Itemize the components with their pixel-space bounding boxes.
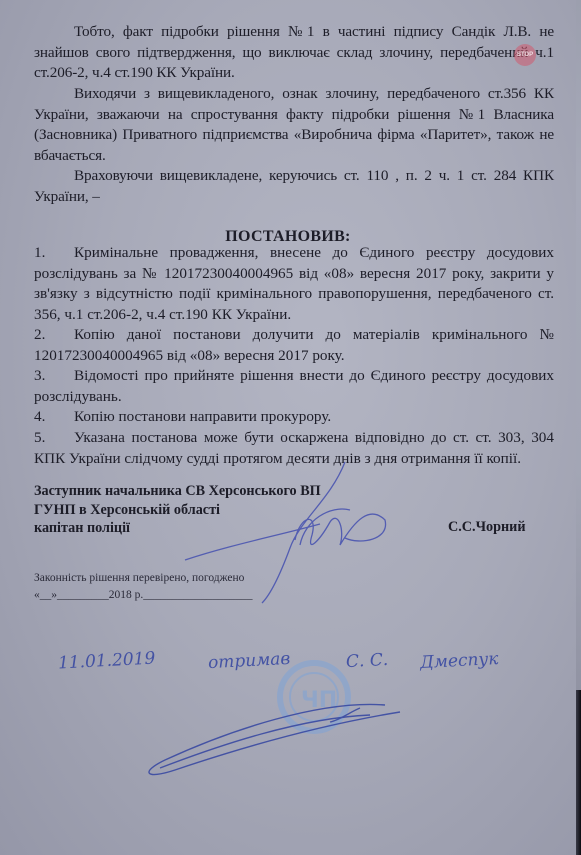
item-text: Копію даної постанови долучити до матері… (34, 326, 554, 364)
stop-watermark-logo: STOP (514, 44, 536, 66)
paragraph-2-text: Виходячи з вищевикладеного, ознак злочин… (34, 85, 554, 164)
signer-rank: капітан поліції (34, 519, 321, 538)
paragraph-3: Враховуючи вищевикладене, керуючись ст. … (34, 166, 554, 207)
signer-block: Заступник начальника СВ Херсонського ВП … (34, 482, 321, 538)
resolution-item-5: 5.Указана постанова може бути оскаржена … (34, 428, 554, 469)
item-number: 1. (34, 243, 74, 264)
item-text: Копію постанови направити прокурору. (74, 408, 331, 425)
resolution-item-2: 2.Копію даної постанови долучити до мате… (34, 325, 554, 366)
item-number: 2. (34, 325, 74, 346)
handwritten-surname: Дмеспук (420, 649, 499, 673)
resolution-item-3: 3.Відомості про прийняте рішення внести … (34, 366, 554, 407)
paragraph-2: Виходячи з вищевикладеного, ознак злочин… (34, 84, 554, 166)
paragraph-1: Тобто, факт підробки рішення №1 в частин… (34, 22, 554, 84)
signer-title: Заступник начальника СВ Херсонського ВП (34, 482, 321, 501)
item-text: Відомості про прийняте рішення внести до… (34, 367, 554, 405)
paragraph-3-text: Враховуючи вищевикладене, керуючись ст. … (34, 167, 554, 205)
approval-text: Законність рішення перевірено, погоджено (34, 570, 253, 587)
item-number: 3. (34, 366, 74, 387)
item-number: 5. (34, 428, 74, 449)
signer-name: С.С.Чорний (448, 519, 526, 536)
handwritten-received: отримав (208, 649, 291, 673)
signer-department: ГУНП в Херсонській області (34, 501, 321, 520)
item-text: Указана постанова може бути оскаржена ві… (34, 429, 554, 467)
item-text: Кримінальне провадження, внесене до Єдин… (34, 244, 554, 323)
resolution-item-1: 1.Кримінальне провадження, внесене до Єд… (34, 243, 554, 325)
page-edge-shadow (576, 690, 581, 855)
approval-date-line: «__»_________2018 р.___________________ (34, 587, 253, 604)
handwritten-initials: С. С. (346, 650, 389, 672)
paragraph-1-text: Тобто, факт підробки рішення №1 в частин… (34, 23, 554, 81)
approval-block: Законність рішення перевірено, погоджено… (34, 570, 253, 604)
item-number: 4. (34, 407, 74, 428)
resolution-item-4: 4.Копію постанови направити прокурору. (34, 407, 554, 428)
